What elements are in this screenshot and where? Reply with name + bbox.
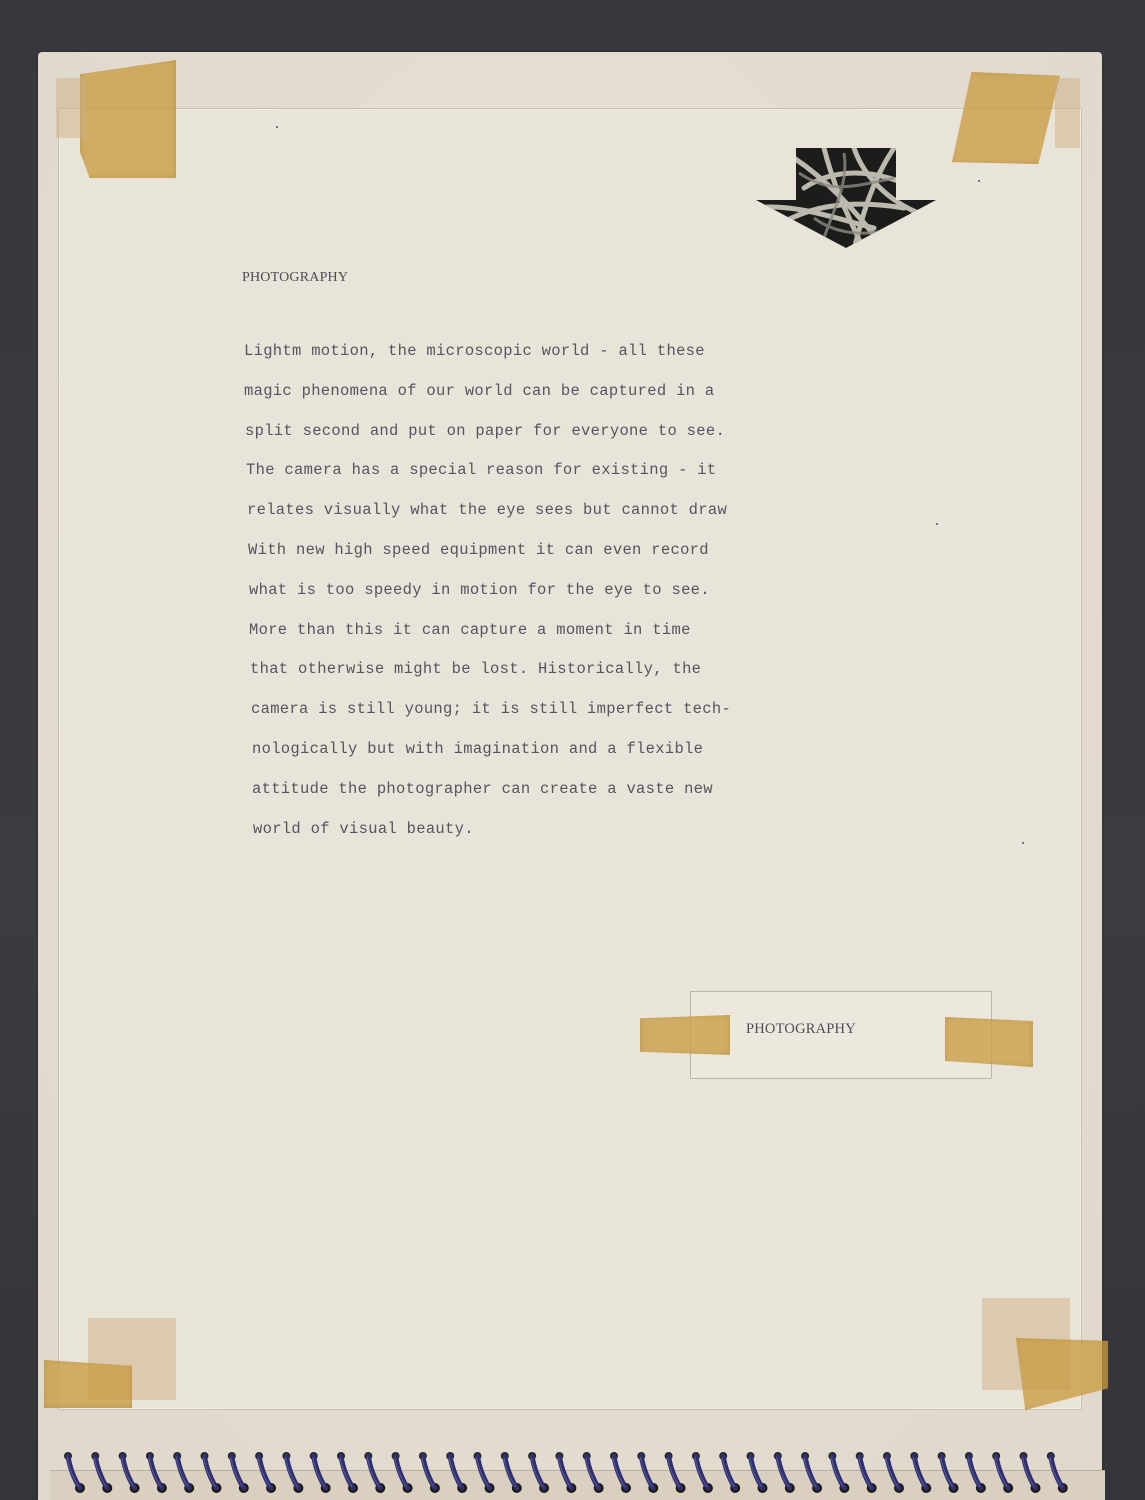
tape-label-right	[945, 1017, 1033, 1067]
paragraph-line: The camera has a special reason for exis…	[246, 459, 784, 499]
down-arrow-photo-icon	[754, 148, 938, 250]
paragraph-line: what is too speedy in motion for the eye…	[249, 579, 784, 619]
paragraph-line: camera is still young; it is still imper…	[251, 698, 784, 738]
paragraph-line: relates visually what the eye sees but c…	[247, 499, 784, 539]
paragraph-line: Lightm motion, the microscopic world - a…	[244, 340, 784, 380]
paragraph-line: nologically but with imagination and a f…	[252, 738, 784, 778]
label-card-text: PHOTOGRAPHY	[746, 1021, 856, 1038]
spiral-binding	[38, 1448, 1118, 1500]
tape-top-right-shadow	[1055, 78, 1080, 148]
tape-label-left	[640, 1015, 730, 1055]
paragraph-line: world of visual beauty.	[253, 818, 784, 858]
paragraph-line: magic phenomena of our world can be capt…	[244, 380, 784, 420]
typed-paragraph: Lightm motion, the microscopic world - a…	[244, 340, 784, 857]
paper-speck	[978, 180, 980, 182]
paper-speck	[1022, 842, 1024, 844]
paragraph-line: that otherwise might be lost. Historical…	[250, 658, 784, 698]
tape-top-left	[80, 60, 176, 178]
paper-speck	[936, 523, 938, 525]
tape-bottom-left	[44, 1360, 132, 1408]
paragraph-line: split second and put on paper for everyo…	[245, 420, 784, 460]
paragraph-line: More than this it can capture a moment i…	[249, 619, 784, 659]
paragraph-line: With new high speed equipment it can eve…	[248, 539, 784, 579]
paper-speck	[276, 126, 278, 128]
tape-top-left-shadow	[56, 78, 86, 138]
page-heading: PHOTOGRAPHY	[242, 270, 348, 286]
paragraph-line: attitude the photographer can create a v…	[252, 778, 784, 818]
